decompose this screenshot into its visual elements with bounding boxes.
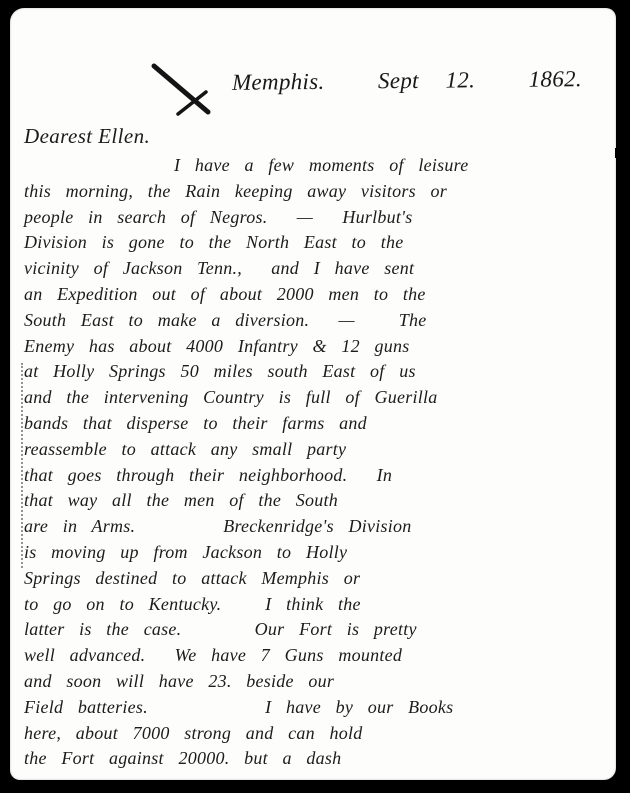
letter-line: and the intervening Country is full of G… (24, 387, 606, 413)
letter-line: are in Arms. Breckenridge's Division (24, 516, 606, 542)
letter-body: I have a few moments of leisurethis morn… (24, 155, 606, 774)
scan-speck (615, 148, 619, 158)
scan-speck (2, 420, 6, 428)
scan-background: { "document": { "colors": { "scan_border… (0, 0, 630, 793)
letter-line: well advanced. We have 7 Guns mounted (24, 645, 606, 671)
letter-line: this morning, the Rain keeping away visi… (24, 181, 606, 207)
letter-line: an Expedition out of about 2000 men to t… (24, 284, 606, 310)
letter-line: is moving up from Jackson to Holly (24, 542, 606, 568)
letter-line: latter is the case. Our Fort is pretty (24, 619, 606, 645)
letter-line: and soon will have 23. beside our (24, 671, 606, 697)
letter-salutation: Dearest Ellen. (24, 124, 150, 149)
letter-line: South East to make a diversion. — The (24, 310, 606, 336)
letter-line: that goes through their neighborhood. In (24, 465, 606, 491)
scan-speck (128, 0, 134, 3)
letter-line: vicinity of Jackson Tenn., and I have se… (24, 258, 606, 284)
letter-dateline: Memphis. Sept 12. 1862. (232, 66, 582, 96)
letter-paper: Memphis. Sept 12. 1862. Dearest Ellen. I… (10, 8, 616, 780)
letter-line: here, about 7000 strong and can hold (24, 723, 606, 749)
letter-line: bands that disperse to their farms and (24, 413, 606, 439)
letter-line: reassemble to attack any small party (24, 439, 606, 465)
letter-line: Field batteries. I have by our Books (24, 697, 606, 723)
letter-line: Enemy has about 4000 Infantry & 12 guns (24, 336, 606, 362)
scan-artifact-dotted-line (21, 363, 23, 568)
letter-line: that way all the men of the South (24, 490, 606, 516)
letter-line: the Fort against 20000. but a dash (24, 748, 606, 774)
letter-line: I have a few moments of leisure (24, 155, 606, 181)
letter-line: at Holly Springs 50 miles south East of … (24, 361, 606, 387)
letter-line: Springs destined to attack Memphis or (24, 568, 606, 594)
letter-line: to go on to Kentucky. I think the (24, 594, 606, 620)
letter-line: people in search of Negros. — Hurlbut's (24, 207, 606, 233)
scan-speck (486, 2, 490, 5)
x-annotation-mark (140, 60, 230, 122)
letter-line: Division is gone to the North East to th… (24, 232, 606, 258)
